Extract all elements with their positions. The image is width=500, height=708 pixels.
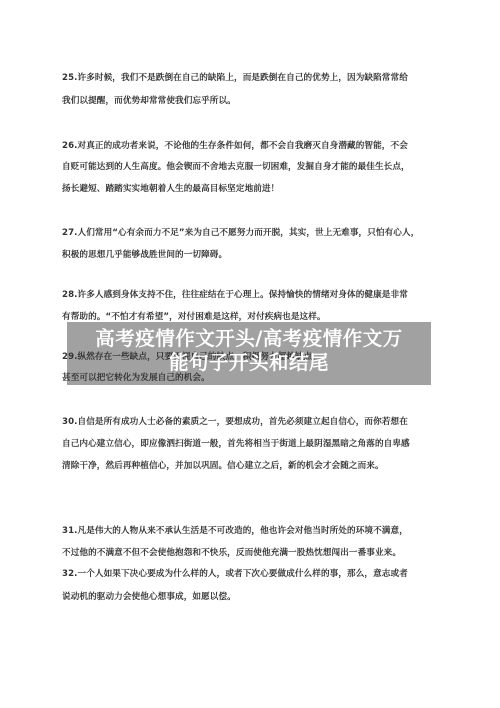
item-26-line-3: 扬长避短、踏踏实实地朝着人生的最高目标坚定地前进！ xyxy=(62,183,452,195)
item-25-line-2: 我们以提醒，而优势却常常使我们忘乎所以。 xyxy=(62,95,452,107)
article-title-line-2: 能句子开头和结尾 xyxy=(67,351,431,375)
article-title: 高考疫情作文开头/高考疫情作文万 能句子开头和结尾 xyxy=(67,322,431,385)
item-27-line-1: 27.人们常用“心有余而力不足”来为自己不愿努力而开脱，其实，世上无难事，只怕有… xyxy=(62,227,452,239)
item-26-line-2: 自贬可能达到的人生高度。他会锲而不舍地去克服一切困难，发掘自身才能的最佳生长点， xyxy=(62,161,452,173)
item-28-line-1: 28.许多人感到身体支持不住，往往症结在于心理上。保持愉快的情绪对身体的健康是非… xyxy=(62,289,452,301)
item-27-line-2: 积极的思想几乎能够战胜世间的一切障碍。 xyxy=(62,249,452,261)
item-26-line-1: 26.对真正的成功者来说，不论他的生存条件如何，都不会自我磨灭自身潜藏的智能，不… xyxy=(62,140,452,152)
item-25-line-1: 25.许多时候，我们不是跌倒在自己的缺陷上，而是跌倒在自己的优势上，因为缺陷常常… xyxy=(62,72,452,84)
article-title-line-1: 高考疫情作文开头/高考疫情作文万 xyxy=(67,327,431,351)
